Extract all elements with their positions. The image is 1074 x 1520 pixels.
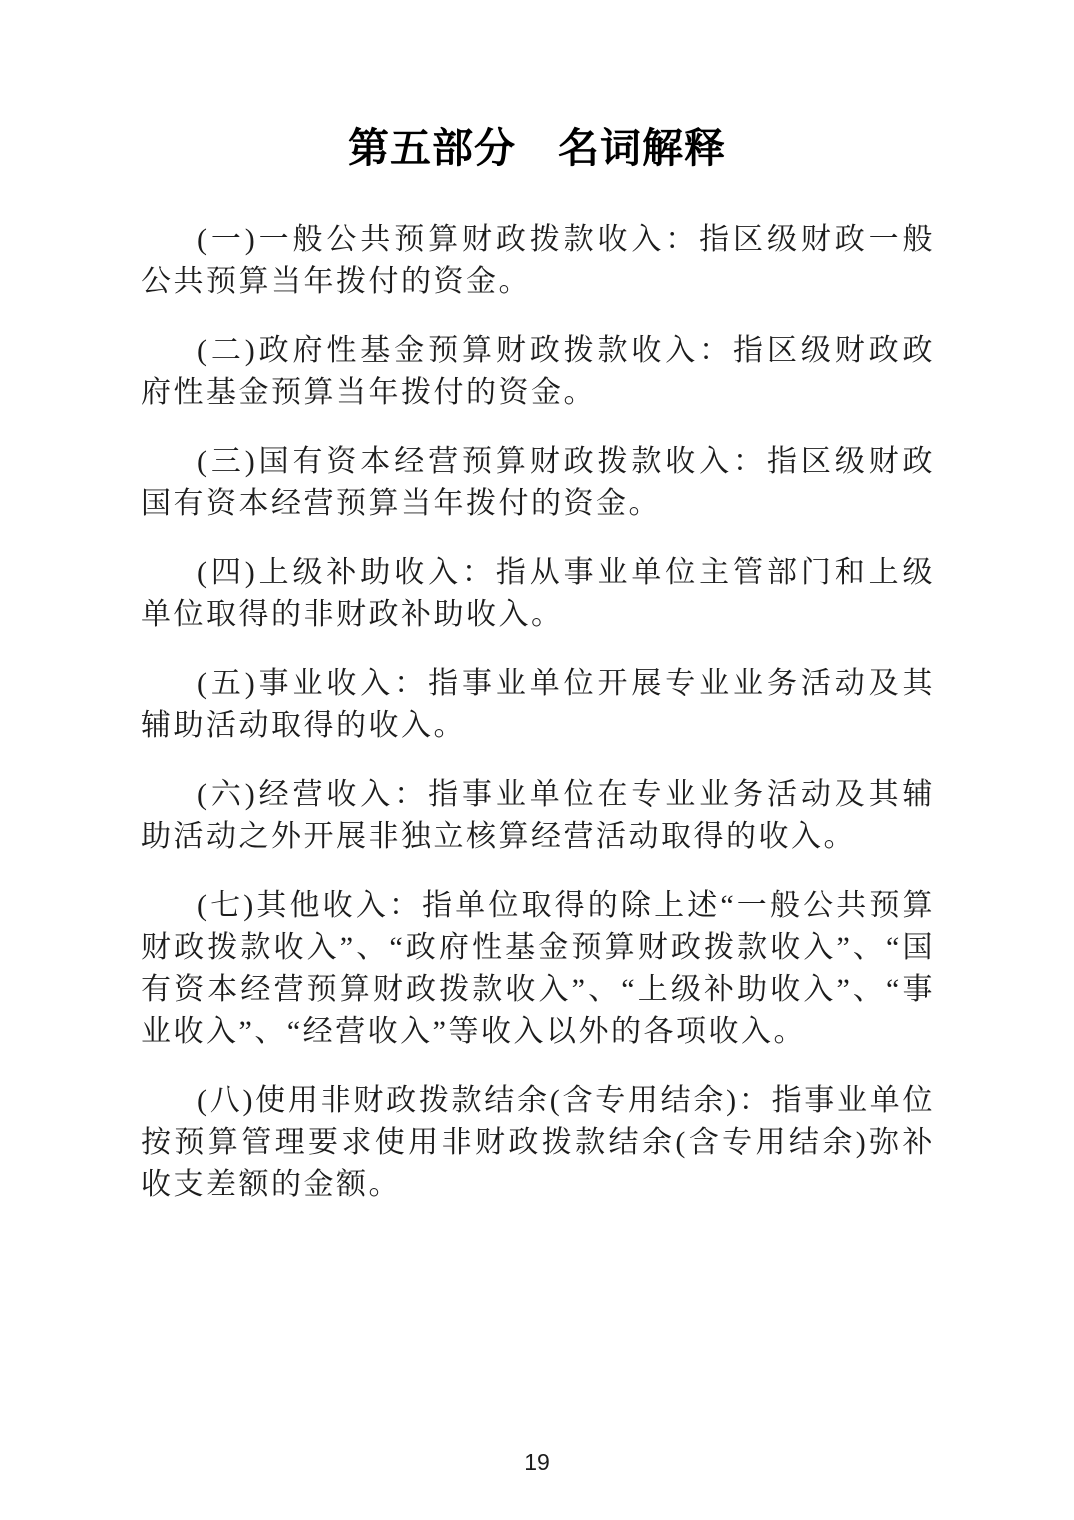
document-page: 第五部分 名词解释 (一)一般公共预算财政拨款收入：指区级财政一般公共预算当年拨…: [0, 0, 1074, 1520]
definition-paragraph-6: (六)经营收入：指事业单位在专业业务活动及其辅助活动之外开展非独立核算经营活动取…: [141, 774, 935, 858]
definition-paragraph-1: (一)一般公共预算财政拨款收入：指区级财政一般公共预算当年拨付的资金。: [141, 219, 935, 303]
definition-paragraph-3: (三)国有资本经营预算财政拨款收入：指区级财政国有资本经营预算当年拨付的资金。: [141, 441, 935, 525]
definition-paragraph-4: (四)上级补助收入：指从事业单位主管部门和上级单位取得的非财政补助收入。: [141, 552, 935, 636]
page-title: 第五部分 名词解释: [0, 124, 1074, 172]
definition-paragraph-7: (七)其他收入：指单位取得的除上述“一般公共预算财政拨款收入”、“政府性基金预算…: [141, 885, 935, 1053]
definition-paragraph-8: (八)使用非财政拨款结余(含专用结余)：指事业单位按预算管理要求使用非财政拨款结…: [141, 1080, 935, 1206]
page-number: 19: [0, 1448, 1074, 1476]
definitions-section: (一)一般公共预算财政拨款收入：指区级财政一般公共预算当年拨付的资金。 (二)政…: [141, 219, 935, 1233]
definition-paragraph-2: (二)政府性基金预算财政拨款收入：指区级财政政府性基金预算当年拨付的资金。: [141, 330, 935, 414]
definition-paragraph-5: (五)事业收入：指事业单位开展专业业务活动及其辅助活动取得的收入。: [141, 663, 935, 747]
